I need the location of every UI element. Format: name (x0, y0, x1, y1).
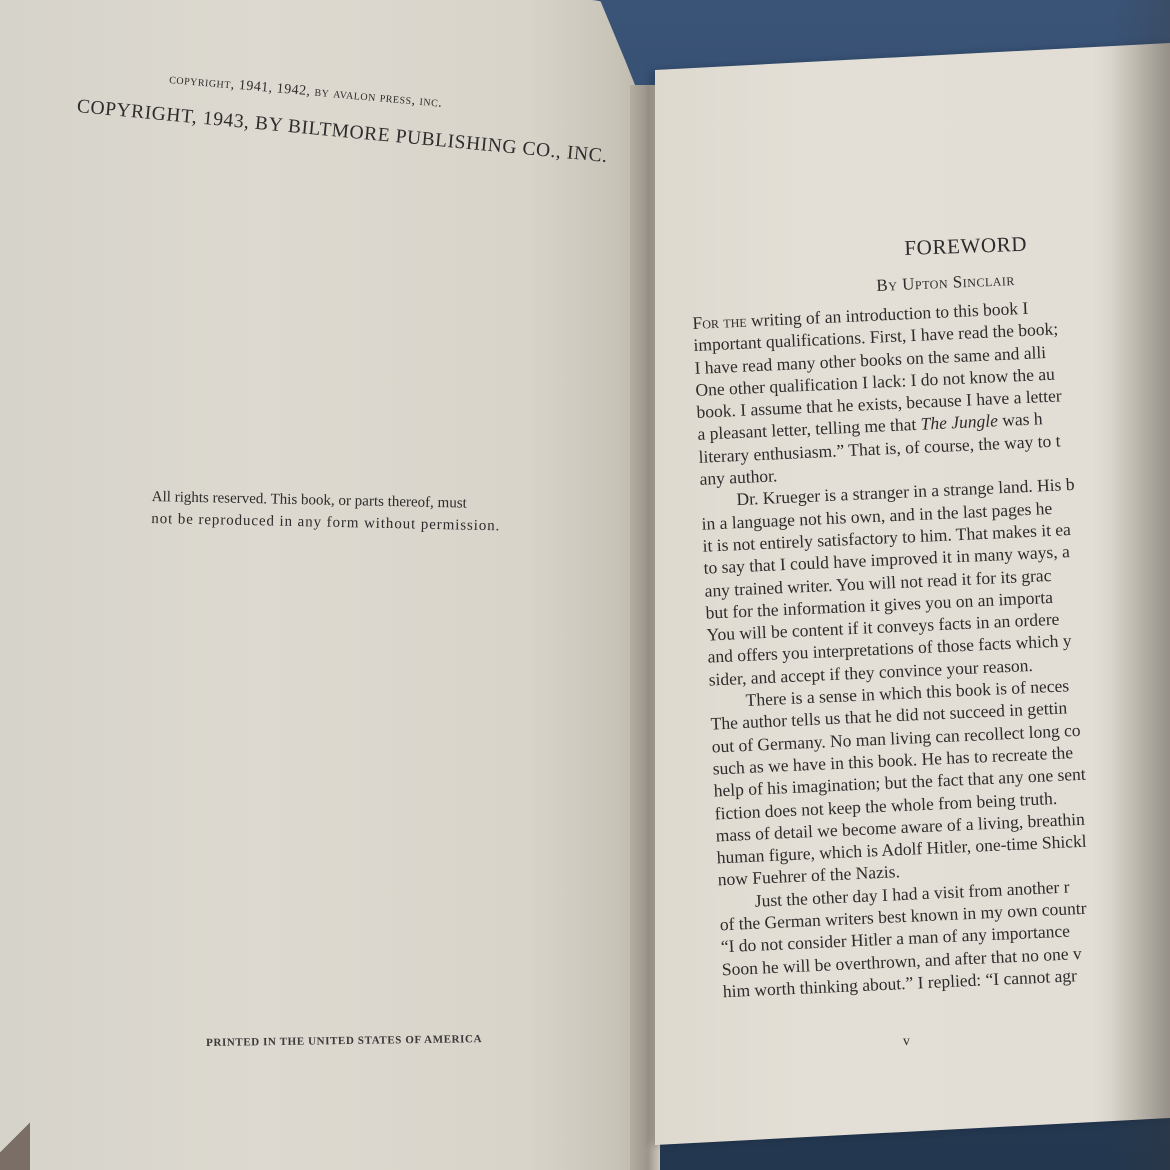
jungle-title-italic: The Jungle (920, 411, 998, 434)
rights-notice: All rights reserved. This book, or parts… (151, 486, 501, 537)
foreword-body: For the writing of an introduction to th… (692, 285, 1170, 1003)
lead-small-caps: For the (692, 311, 747, 333)
foreword-title: FOREWORD (904, 232, 1027, 261)
left-page-copyright (0, 0, 660, 1170)
page-corner-shadow (0, 1120, 30, 1170)
page-number: v (903, 1034, 910, 1050)
